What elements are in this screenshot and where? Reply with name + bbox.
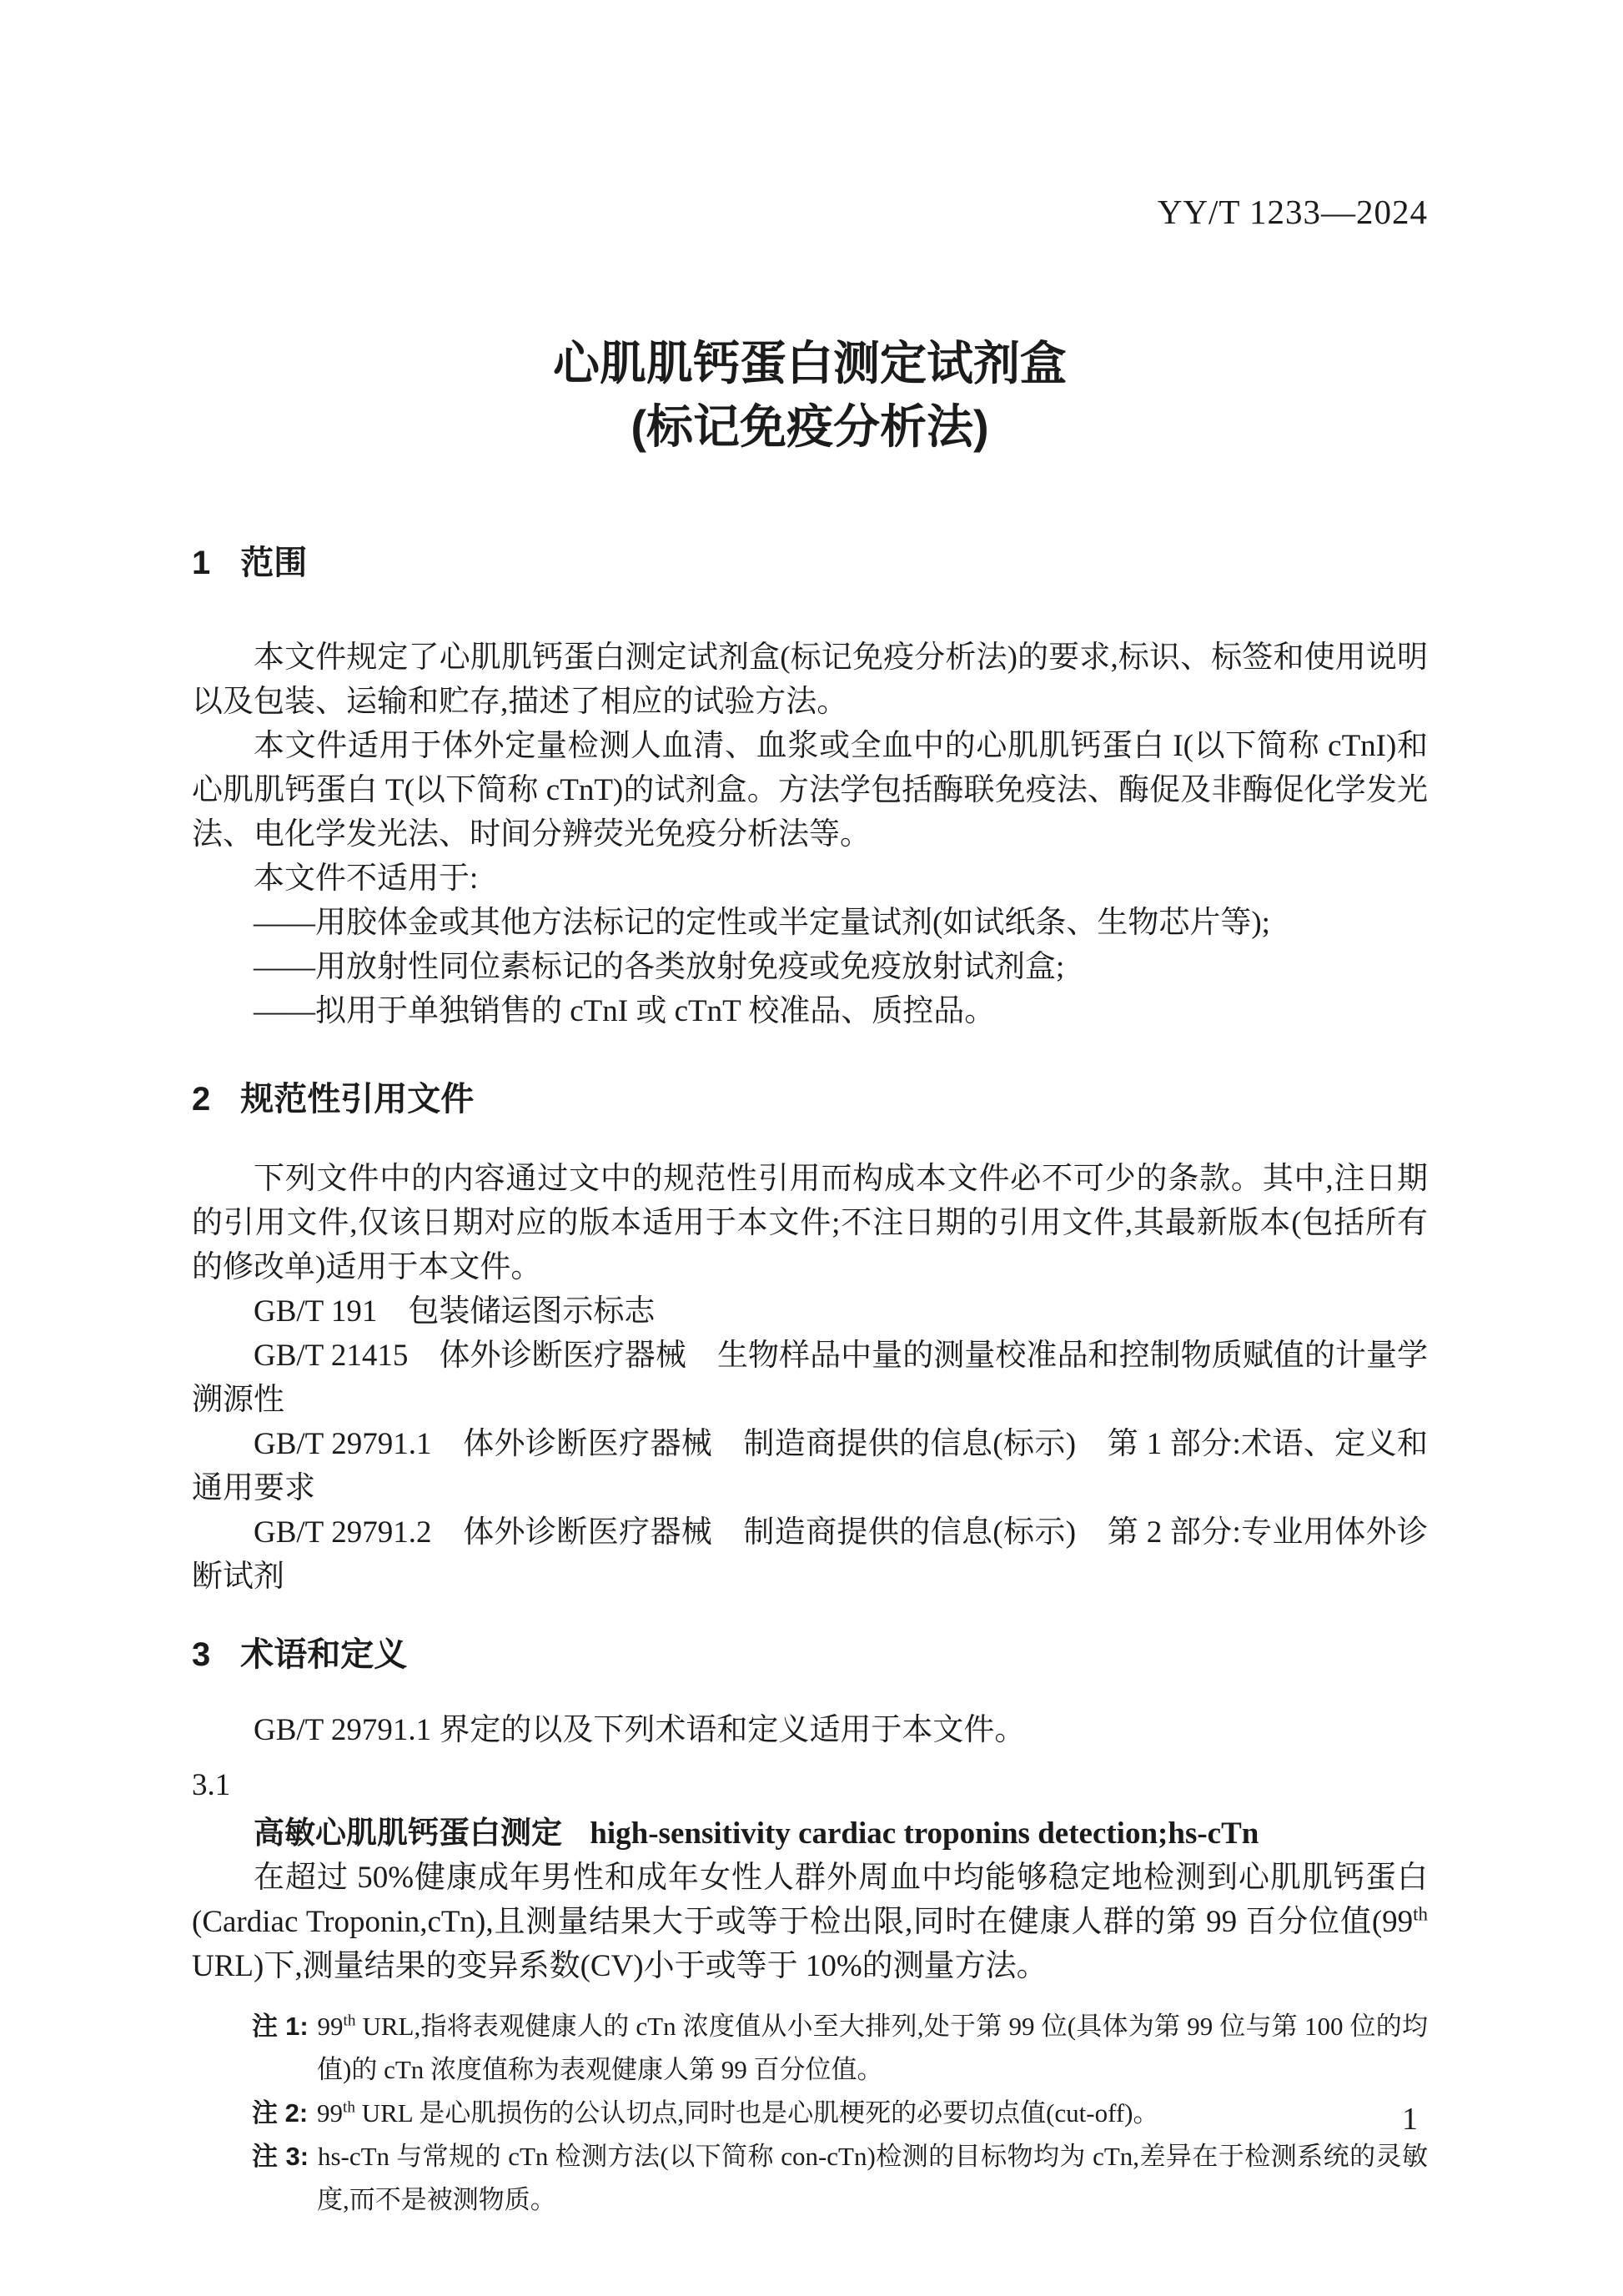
ordinal-superscript: th	[343, 2099, 355, 2117]
scope-paragraph-1: 本文件规定了心肌肌钙蛋白测定试剂盒(标记免疫分析法)的要求,标识、标签和使用说明…	[192, 636, 1428, 724]
scope-exclusion-item: ——用放射性同位素标记的各类放射免疫或免疫放射试剂盒;	[192, 945, 1428, 989]
note-3: 注 3:hs-cTn 与常规的 cTn 检测方法(以下简称 con-cTn)检测…	[317, 2135, 1428, 2222]
note-3-text: hs-cTn 与常规的 cTn 检测方法(以下简称 con-cTn)检测的目标物…	[317, 2142, 1428, 2214]
normative-references-paragraph: 下列文件中的内容通过文中的规范性引用而构成本文件必不可少的条款。其中,注日期的引…	[192, 1157, 1428, 1289]
reference-item: GB/T 29791.1 体外诊断医疗器械 制造商提供的信息(标示) 第 1 部…	[192, 1422, 1428, 1510]
page-content: YY/T 1233—2024 心肌肌钙蛋白测定试剂盒 (标记免疫分析法) 1范围…	[192, 0, 1428, 2222]
section-3-title: 术语和定义	[240, 1636, 407, 1673]
term-definition-paragraph: 在超过 50%健康成年男性和成年女性人群外周血中均能够稳定地检测到心肌肌钙蛋白(…	[192, 1856, 1428, 1988]
doc-number: YY/T 1233—2024	[192, 193, 1428, 230]
document-title-line2: (标记免疫分析法)	[192, 395, 1428, 459]
term-english: high-sensitivity cardiac troponins detec…	[590, 1816, 1259, 1851]
ordinal-superscript: th	[1413, 1904, 1428, 1925]
reference-item: GB/T 191 包装储运图示标志	[192, 1289, 1428, 1334]
ordinal-superscript: th	[344, 2012, 356, 2030]
note-1-text-part1: 99	[318, 2012, 344, 2041]
term-definition-heading: 高敏心肌肌钙蛋白测定high-sensitivity cardiac tropo…	[192, 1811, 1428, 1856]
note-1-text-part2: URL,指将表观健康人的 cTn 浓度值从小至大排列,处于第 99 位(具体为第…	[317, 2012, 1428, 2084]
definition-text-part1: 在超过 50%健康成年男性和成年女性人群外周血中均能够稳定地检测到心肌肌钙蛋白(…	[192, 1861, 1428, 1939]
section-2-heading: 2规范性引用文件	[192, 1080, 1428, 1118]
section-3-heading: 3术语和定义	[192, 1635, 1428, 1674]
note-3-label: 注 3:	[252, 2142, 309, 2171]
note-1-label: 注 1:	[252, 2012, 309, 2041]
scope-exclusion-item: ——用胶体金或其他方法标记的定性或半定量试剂(如试纸条、生物芯片等);	[192, 901, 1428, 945]
scope-paragraph-3: 本文件不适用于:	[192, 857, 1428, 901]
document-title-line1: 心肌肌钙蛋白测定试剂盒	[192, 332, 1428, 395]
note-1: 注 1:99th URL,指将表观健康人的 cTn 浓度值从小至大排列,处于第 …	[317, 2005, 1428, 2092]
notes-block: 注 1:99th URL,指将表观健康人的 cTn 浓度值从小至大排列,处于第 …	[192, 2005, 1428, 2222]
definition-text-part2: URL)下,测量结果的变异系数(CV)小于或等于 10%的测量方法。	[192, 1949, 1048, 1983]
section-1-number: 1	[192, 545, 210, 581]
section-1-title: 范围	[240, 545, 307, 581]
section-2-number: 2	[192, 1081, 210, 1118]
standard-document-page: YY/T 1233—2024 心肌肌钙蛋白测定试剂盒 (标记免疫分析法) 1范围…	[0, 0, 1623, 2296]
note-2-label: 注 2:	[252, 2098, 308, 2128]
section-3-number: 3	[192, 1636, 210, 1673]
note-2-text-part1: 99	[317, 2098, 343, 2128]
reference-item: GB/T 29791.2 体外诊断医疗器械 制造商提供的信息(标示) 第 2 部…	[192, 1510, 1428, 1599]
section-1-heading: 1范围	[192, 544, 1428, 582]
scope-exclusion-item: ——拟用于单独销售的 cTnI 或 cTnT 校准品、质控品。	[192, 989, 1428, 1033]
scope-paragraph-2: 本文件适用于体外定量检测人血清、血浆或全血中的心肌肌钙蛋白 I(以下简称 cTn…	[192, 724, 1428, 857]
note-2: 注 2:99th URL 是心肌损伤的公认切点,同时也是心肌梗死的必要切点值(c…	[317, 2092, 1428, 2135]
document-title: 心肌肌钙蛋白测定试剂盒 (标记免疫分析法)	[192, 332, 1428, 459]
note-2-text-part2: URL 是心肌损伤的公认切点,同时也是心肌梗死的必要切点值(cut-off)。	[355, 2098, 1159, 2128]
section-2-title: 规范性引用文件	[240, 1081, 474, 1118]
page-number: 1	[1402, 2102, 1418, 2137]
clause-3-1-number: 3.1	[192, 1763, 1428, 1807]
terms-intro-paragraph: GB/T 29791.1 界定的以及下列术语和定义适用于本文件。	[192, 1708, 1428, 1752]
reference-item: GB/T 21415 体外诊断医疗器械 生物样品中量的测量校准品和控制物质赋值的…	[192, 1334, 1428, 1422]
term-chinese: 高敏心肌肌钙蛋白测定	[254, 1816, 562, 1850]
